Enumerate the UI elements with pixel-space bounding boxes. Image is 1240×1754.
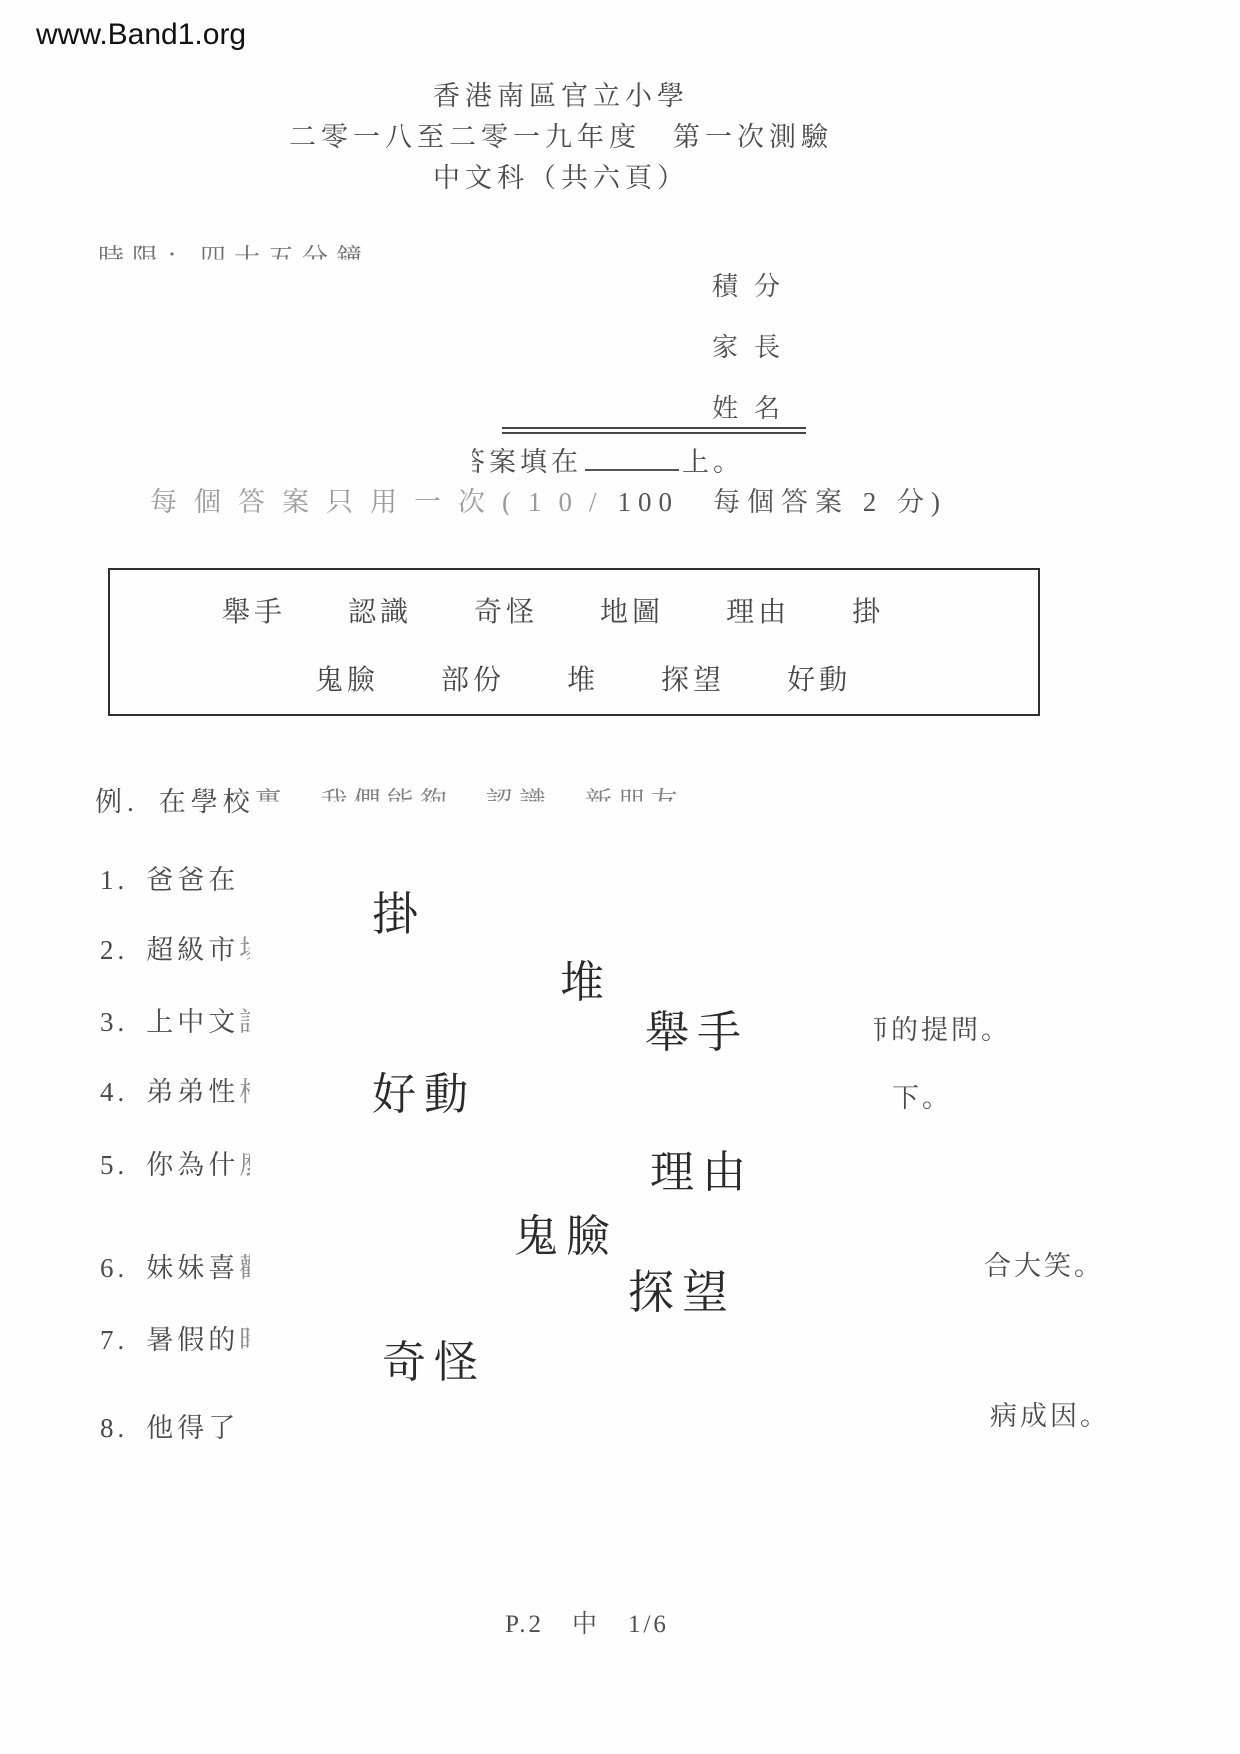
example-label: 例. bbox=[95, 787, 139, 817]
answer-blank-line bbox=[585, 441, 679, 471]
example-faded-text: 裏，我們能夠 認識 新朋友。 bbox=[255, 780, 717, 819]
watermark-text: www.Band1.org bbox=[36, 18, 246, 52]
answer-text: 好動 bbox=[372, 1058, 476, 1122]
example-line: 例.在學校裏，我們能夠 認識 新朋友。 bbox=[95, 780, 717, 819]
right-fragment-text: 合大笑。 bbox=[984, 1251, 1104, 1281]
question-stem: 妹妹喜 bbox=[146, 1253, 239, 1283]
word-bank-box: 舉手 認識 奇怪 地圖 理由 掛 鬼臉 部份 堆 探望 好動 bbox=[108, 568, 1040, 716]
answer-text: 舉手 bbox=[645, 996, 749, 1060]
fill-suffix-text: 上。 bbox=[682, 447, 744, 477]
time-limit-label: 時限：四十五分鐘 bbox=[98, 238, 370, 275]
question-stem: 超級市 bbox=[146, 935, 239, 965]
question-partial-char: 時 bbox=[239, 1318, 250, 1357]
word-bank-item: 探望 bbox=[661, 658, 725, 698]
parent-label: 家長 bbox=[712, 327, 796, 364]
partial-glyph: 時 bbox=[239, 1325, 250, 1355]
question-row: 3.上中文課 bbox=[100, 1000, 250, 1039]
question-number: 7. bbox=[100, 1325, 128, 1356]
answer-text: 奇怪 bbox=[382, 1326, 486, 1390]
question-partial-char: 格 bbox=[239, 1070, 250, 1109]
question-row: 6.妹妹喜歡 bbox=[100, 1246, 250, 1285]
question-row: 1.爸爸在 bbox=[100, 858, 250, 897]
scanned-test-paper: www.Band1.org 香港南區官立小學 二零一八至二零一九年度 第一次測驗… bbox=[0, 0, 1240, 1754]
school-name: 香港南區官立小學 bbox=[0, 76, 1122, 117]
scoring-faded-text: 每個答案只用一次(10/ bbox=[150, 480, 614, 519]
answer-text: 理由 bbox=[650, 1136, 754, 1200]
question-partial-char: 歡 bbox=[239, 1246, 250, 1285]
right-fragment-text: 的提問。 bbox=[891, 1015, 1011, 1045]
word-bank-item: 奇怪 bbox=[474, 590, 538, 630]
question-row: 8.他得了 bbox=[100, 1406, 250, 1445]
question-stem: 上中文 bbox=[146, 1007, 239, 1037]
partial-glyph: 課 bbox=[239, 1007, 250, 1037]
name-label: 姓名 bbox=[712, 388, 796, 425]
exam-title: 二零一八至二零一九年度 第一次測驗 bbox=[0, 117, 1122, 158]
partial-glyph: 場 bbox=[239, 935, 250, 965]
question-partial-char: 麼 bbox=[239, 1143, 250, 1182]
question-number: 4. bbox=[100, 1077, 128, 1108]
word-bank-item: 舉手 bbox=[222, 590, 286, 630]
word-bank-item: 掛 bbox=[852, 590, 884, 630]
question-row: 2.超級市場 bbox=[100, 928, 250, 967]
right-fragment-text: 下。 bbox=[892, 1083, 952, 1113]
word-bank-item: 鬼臉 bbox=[315, 658, 379, 698]
question-number: 2. bbox=[100, 935, 128, 966]
partial-glyph: 麼 bbox=[239, 1150, 250, 1180]
question-row: 5.你為什麼 bbox=[100, 1143, 250, 1182]
question-number: 8. bbox=[100, 1413, 128, 1444]
question-row: 7.暑假的時 bbox=[100, 1318, 250, 1357]
word-bank-item: 堆 bbox=[567, 658, 599, 698]
answer-text: 探望 bbox=[628, 1256, 736, 1322]
example-visible-text: 在學校 bbox=[159, 787, 255, 817]
question-partial-char: 課 bbox=[239, 1000, 250, 1039]
question-number: 5. bbox=[100, 1150, 128, 1181]
question-number: 6. bbox=[100, 1253, 128, 1284]
cut-character-glyph: 答 bbox=[472, 440, 489, 479]
word-bank-item: 認識 bbox=[348, 590, 412, 630]
question-right-fragment: 合大笑。 bbox=[984, 1244, 1104, 1283]
subject-title: 中文科（共六頁） bbox=[0, 158, 1122, 199]
question-stem: 暑假的 bbox=[146, 1325, 239, 1355]
fill-instruction-line: 答案填在上。 bbox=[472, 440, 744, 479]
question-partial-char: 場 bbox=[239, 928, 250, 967]
partial-glyph: 歡 bbox=[239, 1253, 250, 1283]
double-rule bbox=[502, 427, 806, 434]
question-right-fragment: 病成因。 bbox=[990, 1394, 1110, 1433]
question-number: 1. bbox=[100, 865, 128, 896]
question-right-fragment: 下。 bbox=[892, 1076, 952, 1115]
question-stem: 你為什 bbox=[146, 1150, 239, 1180]
cut-character-glyph: 師 bbox=[874, 1008, 890, 1047]
question-row: 4.弟弟性格 bbox=[100, 1070, 250, 1109]
answer-text: 堆 bbox=[560, 946, 612, 1010]
fill-prefix-text: 案填在 bbox=[489, 447, 582, 477]
paper-header: 香港南區官立小學 二零一八至二零一九年度 第一次測驗 中文科（共六頁） bbox=[0, 76, 1240, 199]
partial-glyph: 格 bbox=[239, 1077, 250, 1107]
word-bank-row-1: 舉手 認識 奇怪 地圖 理由 掛 bbox=[222, 590, 884, 630]
cut-character: 答 bbox=[472, 440, 489, 479]
question-right-fragment: 師的提問。 bbox=[874, 1008, 1011, 1047]
word-bank-item: 理由 bbox=[726, 590, 790, 630]
page-footer: P.2 中 1/6 bbox=[0, 1604, 1240, 1640]
word-bank-item: 地圖 bbox=[600, 590, 664, 630]
question-stem: 他得了 bbox=[146, 1413, 239, 1443]
word-bank-item: 好動 bbox=[787, 658, 851, 698]
answer-text: 鬼臉 bbox=[514, 1200, 618, 1264]
question-stem: 爸爸在 bbox=[146, 865, 239, 895]
word-bank-item: 部份 bbox=[441, 658, 505, 698]
answer-text: 掛 bbox=[372, 878, 426, 944]
question-stem: 弟弟性 bbox=[146, 1077, 239, 1107]
scoring-clear-text: 100 每個答案 2 分) bbox=[618, 487, 948, 517]
scoring-instruction-line: 每個答案只用一次(10/100 每個答案 2 分) bbox=[150, 480, 947, 519]
question-number: 3. bbox=[100, 1007, 128, 1038]
score-label: 積分 bbox=[712, 266, 796, 303]
cut-character: 師 bbox=[874, 1008, 891, 1047]
word-bank-row-2: 鬼臉 部份 堆 探望 好動 bbox=[315, 658, 851, 698]
right-fragment-text: 病成因。 bbox=[990, 1401, 1110, 1431]
